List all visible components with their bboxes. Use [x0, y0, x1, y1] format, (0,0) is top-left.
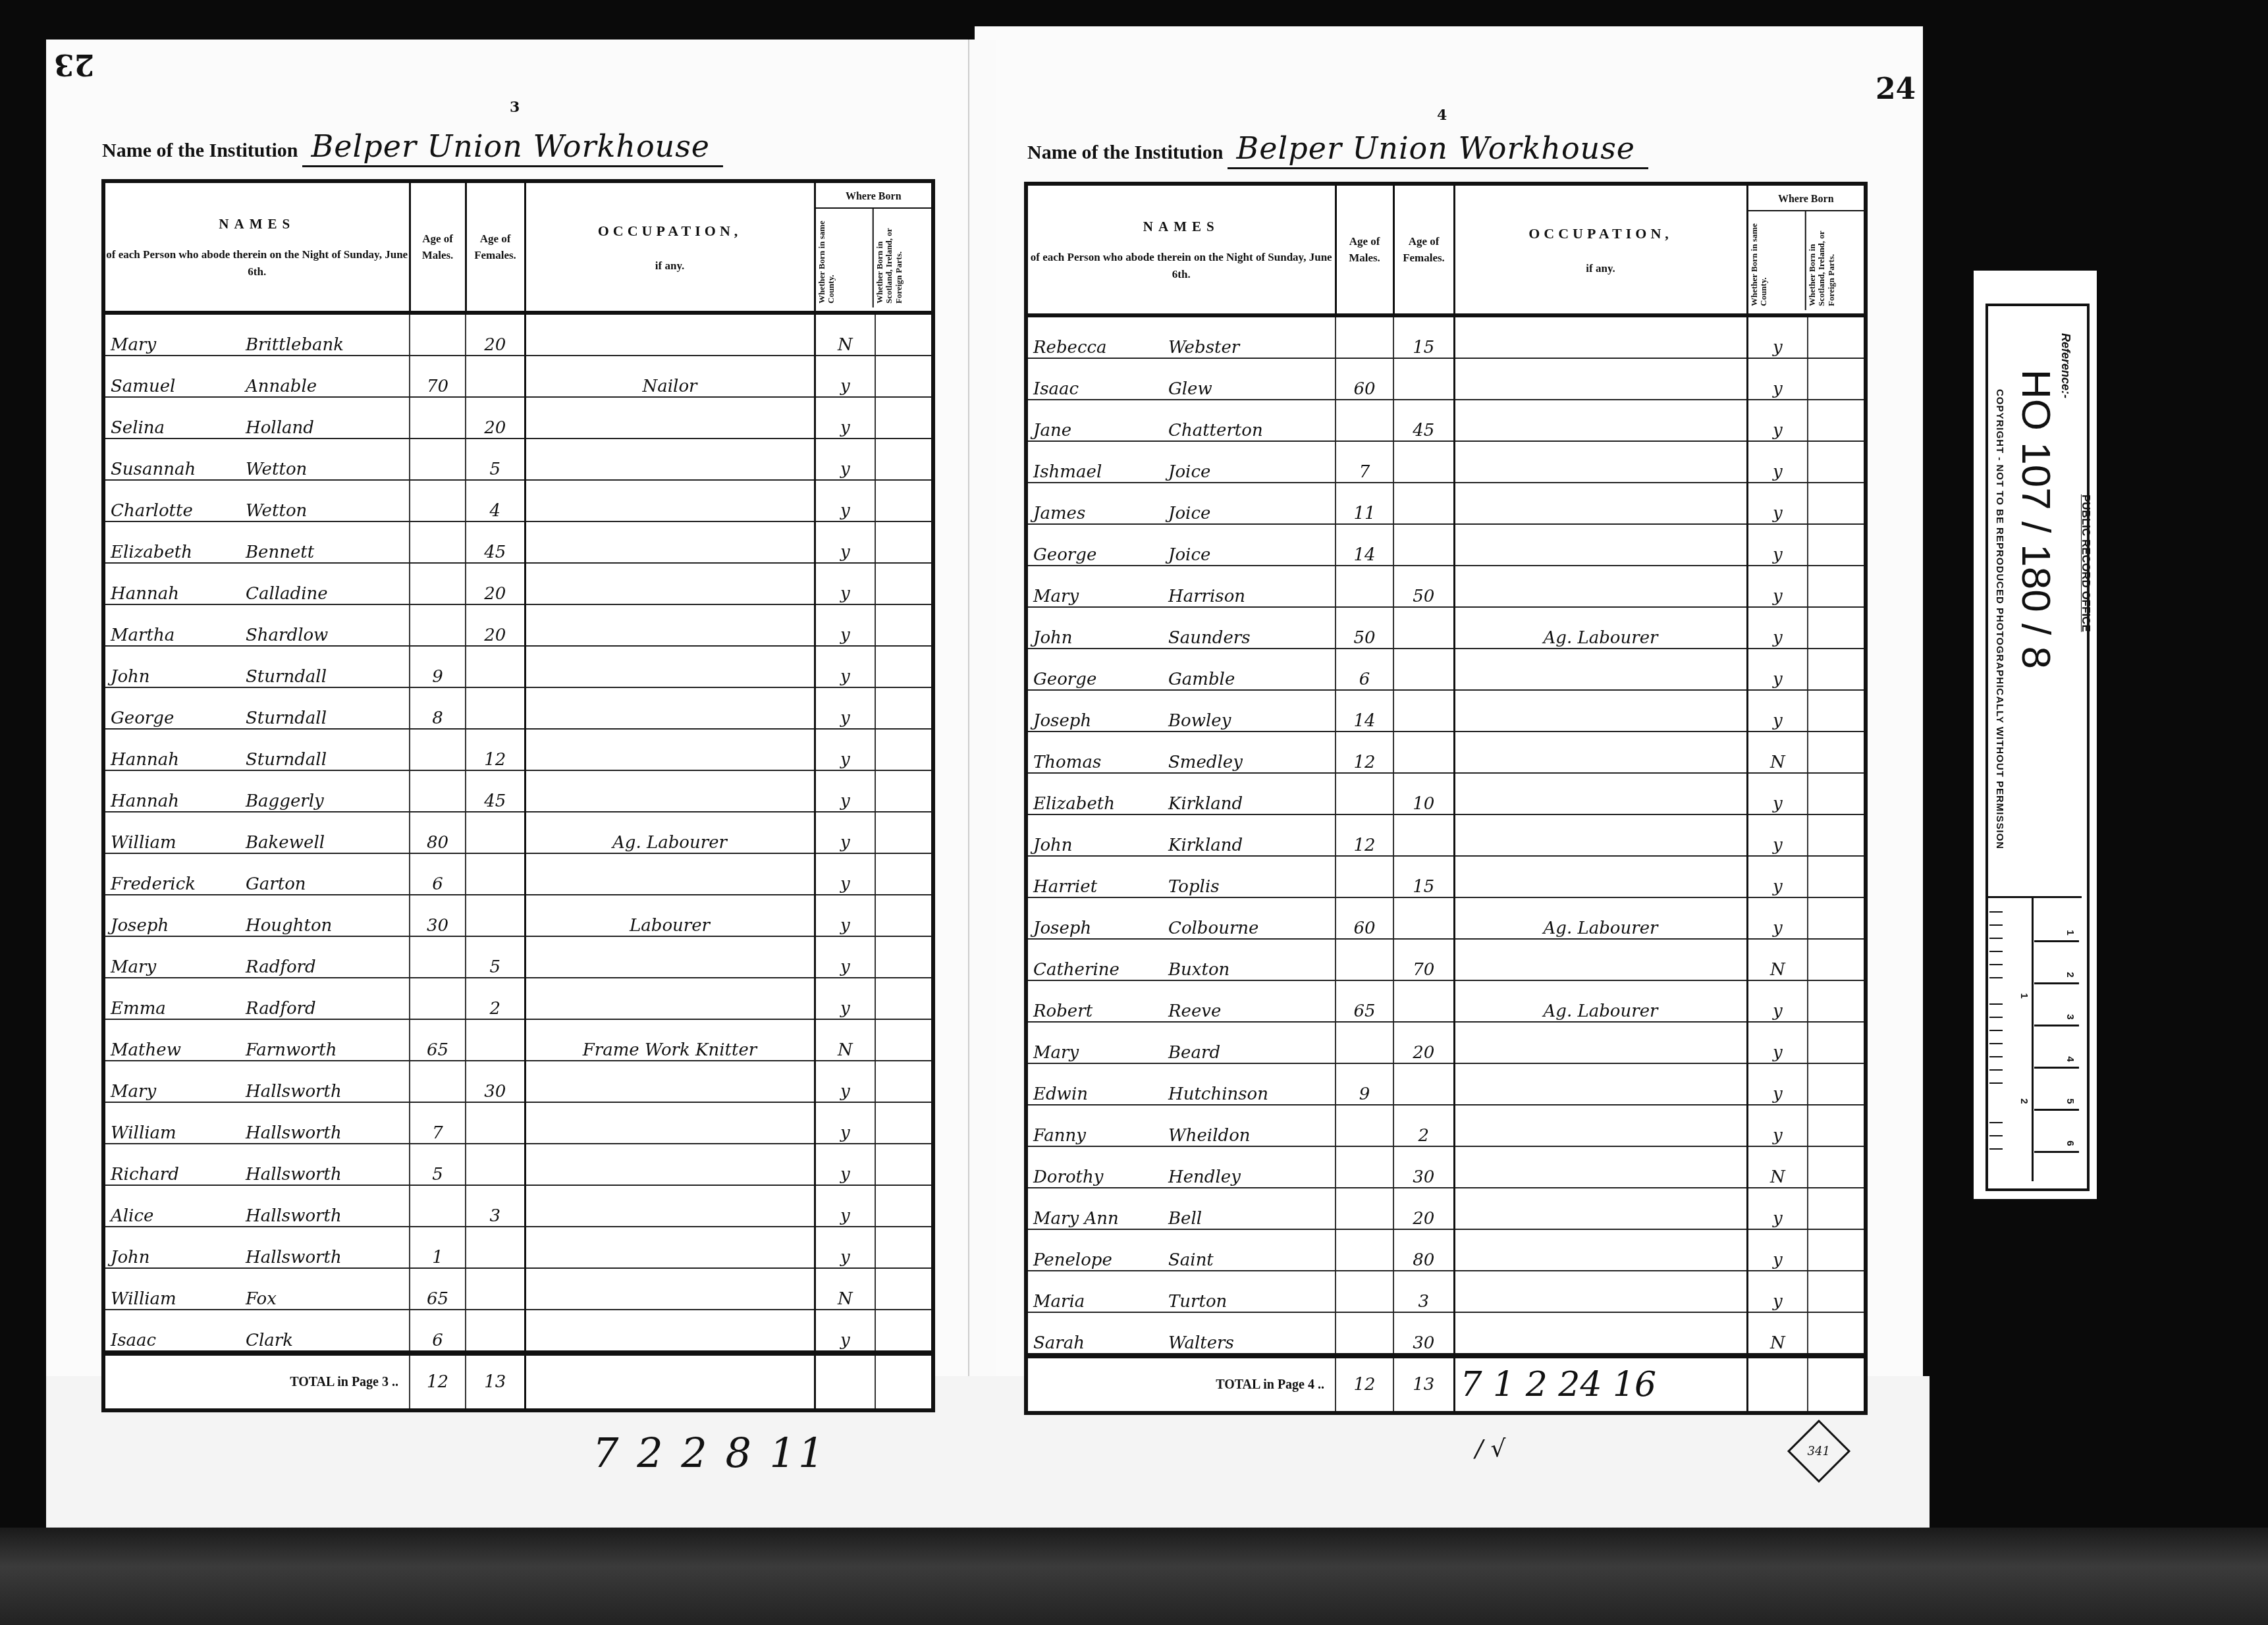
born-elsewhere — [875, 521, 933, 563]
surname: Wetton — [246, 501, 307, 521]
age-female: 3 — [466, 1185, 525, 1227]
person-name: RebeccaWebster — [1026, 315, 1336, 358]
total-males: 12 — [1336, 1356, 1393, 1413]
surname: Radford — [246, 999, 316, 1019]
age-female — [466, 646, 525, 687]
census-row: MarthaShardlow20y — [103, 604, 933, 646]
census-row: EdwinHutchinson9y — [1026, 1063, 1866, 1105]
person-name: CharlotteWetton — [103, 480, 410, 521]
first-name: Isaac — [111, 1331, 246, 1350]
occupation — [525, 1185, 815, 1227]
age-male: 14 — [1336, 524, 1393, 566]
first-name: William — [111, 833, 246, 853]
person-name: SelinaHolland — [103, 397, 410, 439]
age-female — [466, 1144, 525, 1185]
person-name: IshmaelJoice — [1026, 441, 1336, 483]
occupation — [525, 313, 815, 356]
born-same-county: y — [815, 1185, 875, 1227]
total-label: TOTAL in Page 4 .. — [1026, 1356, 1336, 1413]
first-name: Maria — [1033, 1292, 1168, 1312]
age-female — [1393, 1063, 1454, 1105]
born-same-county: y — [1747, 1105, 1808, 1146]
age-female — [466, 895, 525, 936]
first-name: Mathew — [111, 1040, 246, 1060]
occupation — [1454, 1271, 1747, 1312]
born-elsewhere — [1808, 1271, 1866, 1312]
surname: Hallsworth — [246, 1165, 342, 1185]
right-institution-line: Name of the InstitutionBelper Union Work… — [1027, 130, 1648, 166]
first-name: William — [111, 1123, 246, 1143]
age-female — [466, 1227, 525, 1268]
age-female — [1393, 524, 1454, 566]
born-same-county: y — [1747, 524, 1808, 566]
born-same-county: y — [1747, 483, 1808, 524]
person-name: JamesJoice — [1026, 483, 1336, 524]
person-name: SarahWalters — [1026, 1312, 1336, 1356]
born-same-county: y — [1747, 400, 1808, 441]
surname: Clark — [246, 1331, 293, 1350]
age-female — [1393, 980, 1454, 1022]
age-female — [466, 1268, 525, 1310]
person-name: GeorgeJoice — [1026, 524, 1336, 566]
age-male — [1336, 1188, 1393, 1229]
surname: Sturndall — [246, 708, 327, 728]
census-row: ElizabethKirkland10y — [1026, 773, 1866, 814]
age-male — [410, 313, 466, 356]
born-same-county: y — [1747, 566, 1808, 607]
occupation — [525, 1102, 815, 1144]
first-name: Penelope — [1033, 1250, 1168, 1270]
person-name: Mary AnnBell — [1026, 1188, 1336, 1229]
occupation-header: OCCUPATION,if any. — [1454, 184, 1747, 315]
occupation — [1454, 1188, 1747, 1229]
first-name: Isaac — [1033, 379, 1168, 399]
surname: Hallsworth — [246, 1248, 342, 1267]
age-female: 20 — [466, 604, 525, 646]
first-name: Frederick — [111, 874, 246, 894]
total-males: 12 — [410, 1353, 466, 1410]
occupation — [525, 687, 815, 729]
age-male — [410, 1061, 466, 1102]
first-name: Charlotte — [111, 501, 246, 521]
first-name: Samuel — [111, 377, 246, 396]
first-name: Jane — [1033, 421, 1168, 440]
age-female — [466, 687, 525, 729]
age-male: 80 — [410, 812, 466, 853]
first-name: Alice — [111, 1206, 246, 1226]
occupation — [1454, 649, 1747, 690]
age-male — [410, 770, 466, 812]
person-name: JohnHallsworth — [103, 1227, 410, 1268]
born-elsewhere — [875, 480, 933, 521]
age-female: 15 — [1393, 856, 1454, 897]
age-male — [410, 439, 466, 480]
first-name: Selina — [111, 418, 246, 438]
surname: Brittlebank — [246, 335, 344, 355]
born-same-county: y — [815, 1227, 875, 1268]
left-folio-number: 23 — [54, 47, 94, 81]
age-male: 14 — [1336, 690, 1393, 732]
born-same-county: y — [815, 1102, 875, 1144]
born-elsewhere — [875, 356, 933, 397]
born-same-county: y — [815, 978, 875, 1019]
occupation: Ag. Labourer — [1454, 897, 1747, 939]
first-name: Martha — [111, 626, 246, 645]
born-elsewhere — [1808, 1312, 1866, 1356]
first-name: Dorothy — [1033, 1167, 1168, 1187]
age-female: 15 — [1393, 315, 1454, 358]
left-census-table: NAMESof each Person who abode therein on… — [101, 179, 935, 1412]
age-male — [410, 521, 466, 563]
age-male — [410, 563, 466, 604]
person-name: EmmaRadford — [103, 978, 410, 1019]
age-female: 30 — [1393, 1312, 1454, 1356]
first-name: Mary — [111, 335, 246, 355]
person-name: PenelopeSaint — [1026, 1229, 1336, 1271]
first-name: Hannah — [111, 750, 246, 770]
age-male — [1336, 939, 1393, 980]
occupation — [525, 978, 815, 1019]
census-row: SamuelAnnable70Nailory — [103, 356, 933, 397]
age-male — [1336, 1105, 1393, 1146]
surname: Bowley — [1168, 711, 1231, 731]
reference-code: HO 107 / 180 / 8 — [2012, 369, 2059, 669]
first-name: Mary — [111, 957, 246, 977]
occupation — [1454, 1022, 1747, 1063]
born-same-county: y — [1747, 980, 1808, 1022]
born-same-county: y — [815, 936, 875, 978]
person-name: MaryBrittlebank — [103, 313, 410, 356]
age-female: 20 — [1393, 1022, 1454, 1063]
born-elsewhere — [875, 729, 933, 770]
occupation-header: OCCUPATION,if any. — [525, 181, 815, 313]
census-row: FannyWheildon2y — [1026, 1105, 1866, 1146]
surname: Hallsworth — [246, 1082, 342, 1102]
person-name: MarthaShardlow — [103, 604, 410, 646]
surname: Toplis — [1168, 877, 1220, 897]
person-name: WilliamFox — [103, 1268, 410, 1310]
born-elsewhere — [875, 895, 933, 936]
census-row: PenelopeSaint80y — [1026, 1229, 1866, 1271]
census-row: HannahCalladine20y — [103, 563, 933, 604]
occupation — [525, 1061, 815, 1102]
occupation — [1454, 566, 1747, 607]
first-name: John — [1033, 836, 1168, 855]
occupation — [525, 1227, 815, 1268]
surname: Harrison — [1168, 587, 1245, 606]
occupation — [1454, 939, 1747, 980]
born-same-county: y — [1747, 1063, 1808, 1105]
census-row: IsaacGlew60y — [1026, 358, 1866, 400]
born-elsewhere — [1808, 773, 1866, 814]
age-male: 9 — [410, 646, 466, 687]
copyright-notice: COPYRIGHT - NOT TO BE REPRODUCED PHOTOGR… — [1994, 389, 2005, 849]
age-female — [1393, 690, 1454, 732]
age-female — [466, 1102, 525, 1144]
person-name: IsaacGlew — [1026, 358, 1336, 400]
census-row: HannahBaggerly45y — [103, 770, 933, 812]
born-same-county: N — [815, 1268, 875, 1310]
age-male: 65 — [410, 1019, 466, 1061]
tally-ticks: / √ — [1475, 1435, 1506, 1462]
born-same-county: y — [815, 895, 875, 936]
occupation — [1454, 856, 1747, 897]
occupation — [1454, 814, 1747, 856]
person-name: ElizabethBennett — [103, 521, 410, 563]
age-male: 1 — [410, 1227, 466, 1268]
person-name: SusannahWetton — [103, 439, 410, 480]
total-label: TOTAL in Page 3 .. — [103, 1353, 410, 1410]
born-same-county: y — [1747, 358, 1808, 400]
age-male — [1336, 400, 1393, 441]
surname: Kirkland — [1168, 794, 1243, 814]
person-name: WilliamBakewell — [103, 812, 410, 853]
age-female: 30 — [466, 1061, 525, 1102]
surname: Calladine — [246, 584, 328, 604]
surname: Kirkland — [1168, 836, 1243, 855]
surname: Bell — [1168, 1209, 1202, 1229]
census-row: MaryHarrison50y — [1026, 566, 1866, 607]
census-row: JohnKirkland12y — [1026, 814, 1866, 856]
age-male — [1336, 315, 1393, 358]
age-male: 60 — [1336, 897, 1393, 939]
age-females-header: Age of Females. — [466, 181, 525, 313]
census-row: WilliamHallsworth7y — [103, 1102, 933, 1144]
occupation — [525, 397, 815, 439]
age-male — [1336, 566, 1393, 607]
born-same-county: y — [815, 563, 875, 604]
age-males-header: Age of Males. — [1336, 184, 1393, 315]
age-female — [1393, 732, 1454, 773]
occupation — [1454, 773, 1747, 814]
person-name: HannahCalladine — [103, 563, 410, 604]
occupation: Ag. Labourer — [525, 812, 815, 853]
age-female: 2 — [466, 978, 525, 1019]
person-name: MaryRadford — [103, 936, 410, 978]
surname: Joice — [1168, 504, 1210, 523]
census-row: CharlotteWetton4y — [103, 480, 933, 521]
total-row: TOTAL in Page 3 .. 12 13 — [103, 1353, 933, 1410]
born-same-county: y — [1747, 649, 1808, 690]
census-row: MathewFarnworth65Frame Work KnitterN — [103, 1019, 933, 1061]
census-row: ElizabethBennett45y — [103, 521, 933, 563]
first-name: Joseph — [1033, 919, 1168, 938]
surname: Chatterton — [1168, 421, 1263, 440]
scale-ruler: 1 2 3 4 5 6 1 2 — [1988, 896, 2082, 1181]
age-male: 7 — [1336, 441, 1393, 483]
born-elsewhere — [1808, 1105, 1866, 1146]
born-same-county: y — [815, 1310, 875, 1353]
born-same-county: y — [1747, 1188, 1808, 1229]
surname: Fox — [246, 1289, 277, 1309]
age-male: 30 — [410, 895, 466, 936]
surname: Shardlow — [246, 626, 328, 645]
age-female: 3 — [1393, 1271, 1454, 1312]
born-elsewhere — [875, 563, 933, 604]
person-name: FannyWheildon — [1026, 1105, 1336, 1146]
first-name: Fanny — [1033, 1126, 1168, 1146]
age-female: 20 — [466, 397, 525, 439]
age-female — [1393, 897, 1454, 939]
age-female: 20 — [466, 563, 525, 604]
first-name: Richard — [111, 1165, 246, 1185]
born-same-county: y — [1747, 441, 1808, 483]
born-same-county: y — [815, 687, 875, 729]
left-margin-annotation: 7 2 2 8 11 — [593, 1429, 827, 1477]
first-name: Elizabeth — [111, 543, 246, 562]
born-elsewhere — [875, 1268, 933, 1310]
born-same-county: N — [815, 1019, 875, 1061]
census-row: JohnSaunders50Ag. Labourery — [1026, 607, 1866, 649]
census-row: MaryBrittlebank20N — [103, 313, 933, 356]
census-row: RichardHallsworth5y — [103, 1144, 933, 1185]
census-row: GeorgeJoice14y — [1026, 524, 1866, 566]
born-same-county: y — [815, 812, 875, 853]
person-name: GeorgeSturndall — [103, 687, 410, 729]
person-name: JohnSaunders — [1026, 607, 1336, 649]
census-row: RobertReeve65Ag. Labourery — [1026, 980, 1866, 1022]
surname: Hutchinson — [1168, 1084, 1268, 1104]
born-same-county: y — [1747, 897, 1808, 939]
born-elsewhere — [875, 397, 933, 439]
born-elsewhere — [875, 646, 933, 687]
born-elsewhere — [875, 439, 933, 480]
left-institution-line: Name of the InstitutionBelper Union Work… — [102, 128, 723, 164]
right-census-table: NAMESof each Person who abode therein on… — [1024, 182, 1868, 1415]
surname: Glew — [1168, 379, 1212, 399]
occupation — [1454, 1063, 1747, 1105]
person-name: EdwinHutchinson — [1026, 1063, 1336, 1105]
surname: Bakewell — [246, 833, 325, 853]
first-name: Thomas — [1033, 753, 1168, 772]
surname: Gamble — [1168, 670, 1235, 689]
age-female — [1393, 607, 1454, 649]
census-row: JaneChatterton45y — [1026, 400, 1866, 441]
age-female — [1393, 814, 1454, 856]
first-name: Joseph — [111, 916, 246, 936]
surname: Radford — [246, 957, 316, 977]
census-row: WilliamFox65N — [103, 1268, 933, 1310]
surname: Walters — [1168, 1333, 1234, 1353]
total-females: 13 — [466, 1353, 525, 1410]
born-elsewhere — [1808, 483, 1866, 524]
census-row: SusannahWetton5y — [103, 439, 933, 480]
age-male: 11 — [1336, 483, 1393, 524]
born-elsewhere — [1808, 1188, 1866, 1229]
census-row: GeorgeSturndall8y — [103, 687, 933, 729]
first-name: Mary — [1033, 587, 1168, 606]
age-female — [1393, 441, 1454, 483]
born-elsewhere — [875, 1061, 933, 1102]
occupation — [525, 729, 815, 770]
age-male — [410, 397, 466, 439]
first-name: Rebecca — [1033, 338, 1168, 358]
age-female: 4 — [466, 480, 525, 521]
surname: Reeve — [1168, 1001, 1221, 1021]
born-elsewhere — [1808, 1229, 1866, 1271]
surname: Holland — [246, 418, 314, 438]
occupation — [525, 770, 815, 812]
first-name: Joseph — [1033, 711, 1168, 731]
age-female: 5 — [466, 439, 525, 480]
born-elsewhere — [1808, 1022, 1866, 1063]
age-male: 9 — [1336, 1063, 1393, 1105]
occupation — [1454, 1146, 1747, 1188]
born-elsewhere — [875, 936, 933, 978]
occupation: Labourer — [525, 895, 815, 936]
surname: Hallsworth — [246, 1123, 342, 1143]
surname: Wetton — [246, 460, 307, 479]
right-page-marker: 4 — [1437, 107, 1447, 124]
surname: Annable — [246, 377, 317, 396]
person-name: CatherineBuxton — [1026, 939, 1336, 980]
first-name: John — [111, 1248, 246, 1267]
occupation — [1454, 524, 1747, 566]
total-row: TOTAL in Page 4 .. 12 13 7 1 2 24 16 — [1026, 1356, 1866, 1413]
census-row: JohnSturndall9y — [103, 646, 933, 687]
surname: Hallsworth — [246, 1206, 342, 1226]
age-females-header: Age of Females. — [1393, 184, 1454, 315]
born-same-county: y — [815, 397, 875, 439]
born-same-county: y — [815, 439, 875, 480]
age-male — [1336, 1312, 1393, 1356]
age-male — [1336, 1022, 1393, 1063]
census-row: WilliamBakewell80Ag. Labourery — [103, 812, 933, 853]
occupation — [525, 853, 815, 895]
age-female — [466, 1019, 525, 1061]
born-elsewhere — [875, 1185, 933, 1227]
born-elsewhere — [875, 812, 933, 853]
census-row: IsaacClark6y — [103, 1310, 933, 1353]
born-elsewhere — [1808, 400, 1866, 441]
born-elsewhere — [875, 1144, 933, 1185]
born-same-county: y — [1747, 773, 1808, 814]
first-name: James — [1033, 504, 1168, 523]
first-name: Harriet — [1033, 877, 1168, 897]
surname: Sturndall — [246, 750, 327, 770]
first-name: Emma — [111, 999, 246, 1019]
born-elsewhere — [1808, 524, 1866, 566]
occupation — [525, 521, 815, 563]
age-male: 5 — [410, 1144, 466, 1185]
surname: Sturndall — [246, 667, 327, 687]
census-row: MaryHallsworth30y — [103, 1061, 933, 1102]
first-name: Susannah — [111, 460, 246, 479]
age-male: 8 — [410, 687, 466, 729]
born-elsewhere — [875, 1102, 933, 1144]
age-female — [466, 1310, 525, 1353]
age-female: 50 — [1393, 566, 1454, 607]
reference-label: Reference:- — [2059, 333, 2072, 398]
age-female: 80 — [1393, 1229, 1454, 1271]
age-male — [1336, 856, 1393, 897]
occupation — [525, 936, 815, 978]
person-name: JosephColbourne — [1026, 897, 1336, 939]
census-row: MaryRadford5y — [103, 936, 933, 978]
occupation — [1454, 732, 1747, 773]
age-male: 70 — [410, 356, 466, 397]
born-same-county: y — [815, 480, 875, 521]
person-name: GeorgeGamble — [1026, 649, 1336, 690]
first-name: Edwin — [1033, 1084, 1168, 1104]
person-name: MaryHallsworth — [103, 1061, 410, 1102]
surname: Baggerly — [246, 791, 324, 811]
occupation — [1454, 400, 1747, 441]
person-name: MaryBeard — [1026, 1022, 1336, 1063]
surname: Houghton — [246, 916, 332, 936]
age-female: 30 — [1393, 1146, 1454, 1188]
born-same-county: y — [815, 853, 875, 895]
